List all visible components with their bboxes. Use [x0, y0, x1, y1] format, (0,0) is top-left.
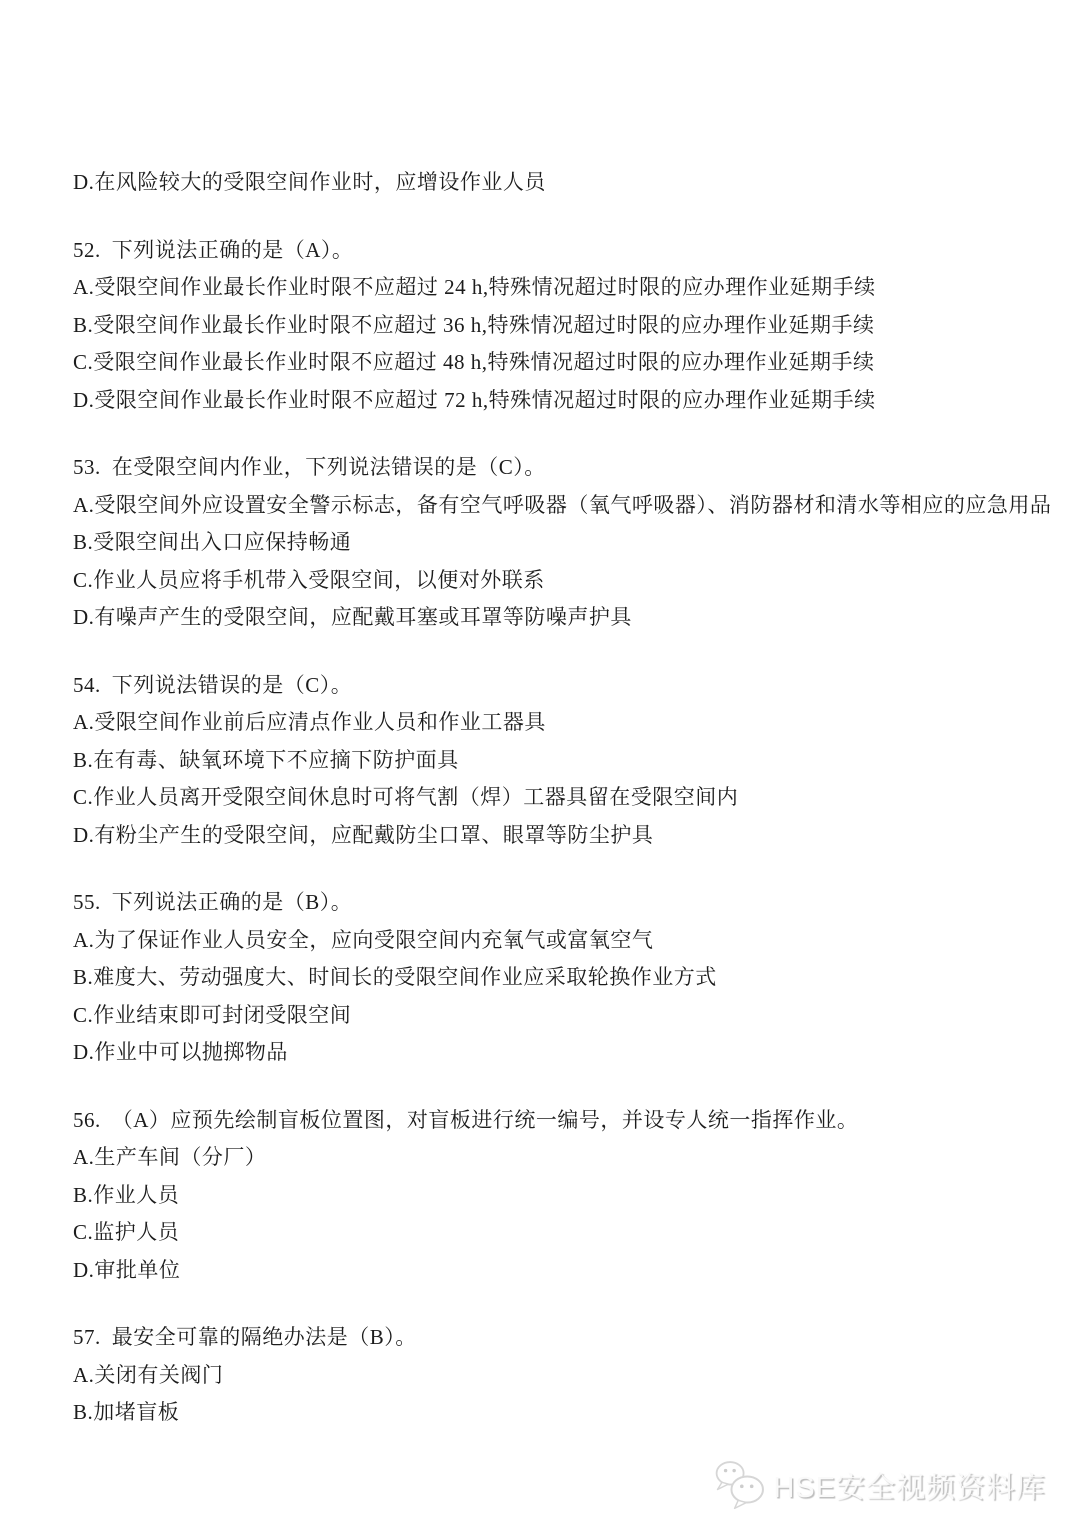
- option-line: B.在有毒、缺氧环境下不应摘下防护面具: [73, 742, 1022, 780]
- option-line: B.受限空间作业最长作业时限不应超过 36 h,特殊情况超过时限的应办理作业延期…: [73, 307, 1022, 345]
- question-block: 56.（A）应预先绘制盲板位置图，对盲板进行统一编号，并设专人统一指挥作业。 A…: [73, 1102, 1022, 1290]
- option-line: C.受限空间作业最长作业时限不应超过 48 h,特殊情况超过时限的应办理作业延期…: [73, 344, 1022, 382]
- question-block: 57.最安全可靠的隔绝办法是（B）。 A.关闭有关阀门B.加堵盲板: [73, 1319, 1022, 1432]
- question-stem: 52.下列说法正确的是（A）。: [73, 232, 1022, 270]
- question-text: 下列说法错误的是（C）。: [112, 673, 353, 697]
- option-line: A.关闭有关阀门: [73, 1357, 1022, 1395]
- option-line: A.受限空间作业最长作业时限不应超过 24 h,特殊情况超过时限的应办理作业延期…: [73, 269, 1022, 307]
- question-number: 56.: [73, 1108, 101, 1132]
- watermark-label: HSE安全视频资料库: [773, 1465, 1046, 1506]
- question-number: 57.: [73, 1325, 101, 1349]
- orphan-option-line: D.在风险较大的受限空间作业时，应增设作业人员: [73, 164, 1022, 202]
- question-number: 53.: [73, 455, 101, 479]
- question-text: （A）应预先绘制盲板位置图，对盲板进行统一编号，并设专人统一指挥作业。: [112, 1108, 859, 1132]
- option-line: B.受限空间出入口应保持畅通: [73, 524, 1022, 562]
- option-line: B.加堵盲板: [73, 1394, 1022, 1432]
- option-line: D.受限空间作业最长作业时限不应超过 72 h,特殊情况超过时限的应办理作业延期…: [73, 382, 1022, 420]
- option-line: D.有粉尘产生的受限空间，应配戴防尘口罩、眼罩等防尘护具: [73, 817, 1022, 855]
- option-line: B.作业人员: [73, 1177, 1022, 1215]
- question-block: 52.下列说法正确的是（A）。 A.受限空间作业最长作业时限不应超过 24 h,…: [73, 232, 1022, 420]
- watermark: HSE安全视频资料库: [713, 1458, 1046, 1512]
- option-line: D.审批单位: [73, 1252, 1022, 1290]
- option-line: C.监护人员: [73, 1214, 1022, 1252]
- option-line: C.作业人员应将手机带入受限空间，以便对外联系: [73, 562, 1022, 600]
- question-number: 52.: [73, 238, 101, 262]
- question-stem: 56.（A）应预先绘制盲板位置图，对盲板进行统一编号，并设专人统一指挥作业。: [73, 1102, 1022, 1140]
- question-stem: 53.在受限空间内作业，下列说法错误的是（C）。: [73, 449, 1022, 487]
- question-text: 在受限空间内作业，下列说法错误的是（C）。: [112, 455, 546, 479]
- question-text: 下列说法正确的是（A）。: [112, 238, 354, 262]
- question-block: 53.在受限空间内作业，下列说法错误的是（C）。 A.受限空间外应设置安全警示标…: [73, 449, 1022, 637]
- question-block: 54.下列说法错误的是（C）。 A.受限空间作业前后应清点作业人员和作业工器具B…: [73, 667, 1022, 855]
- question-text: 最安全可靠的隔绝办法是（B）。: [112, 1325, 417, 1349]
- questions-container: 52.下列说法正确的是（A）。 A.受限空间作业最长作业时限不应超过 24 h,…: [73, 232, 1022, 1432]
- wechat-icon: [713, 1458, 767, 1512]
- question-block: 55.下列说法正确的是（B）。 A.为了保证作业人员安全，应向受限空间内充氧气或…: [73, 884, 1022, 1072]
- option-line: B.难度大、劳动强度大、时间长的受限空间作业应采取轮换作业方式: [73, 959, 1022, 997]
- question-stem: 57.最安全可靠的隔绝办法是（B）。: [73, 1319, 1022, 1357]
- question-number: 55.: [73, 890, 101, 914]
- option-line: A.受限空间作业前后应清点作业人员和作业工器具: [73, 704, 1022, 742]
- option-line: A.为了保证作业人员安全，应向受限空间内充氧气或富氧空气: [73, 922, 1022, 960]
- question-stem: 55.下列说法正确的是（B）。: [73, 884, 1022, 922]
- option-line: D.有噪声产生的受限空间，应配戴耳塞或耳罩等防噪声护具: [73, 599, 1022, 637]
- option-line: A.受限空间外应设置安全警示标志，备有空气呼吸器（氧气呼吸器）、消防器材和清水等…: [73, 487, 1022, 525]
- question-list: D.在风险较大的受限空间作业时，应增设作业人员 52.下列说法正确的是（A）。 …: [0, 0, 1080, 1432]
- question-text: 下列说法正确的是（B）。: [112, 890, 353, 914]
- option-line: C.作业人员离开受限空间休息时可将气割（焊）工器具留在受限空间内: [73, 779, 1022, 817]
- option-line: D.作业中可以抛掷物品: [73, 1034, 1022, 1072]
- document-page: D.在风险较大的受限空间作业时，应增设作业人员 52.下列说法正确的是（A）。 …: [0, 0, 1080, 1528]
- option-line: A.生产车间（分厂）: [73, 1139, 1022, 1177]
- question-stem: 54.下列说法错误的是（C）。: [73, 667, 1022, 705]
- option-line: C.作业结束即可封闭受限空间: [73, 997, 1022, 1035]
- question-number: 54.: [73, 673, 101, 697]
